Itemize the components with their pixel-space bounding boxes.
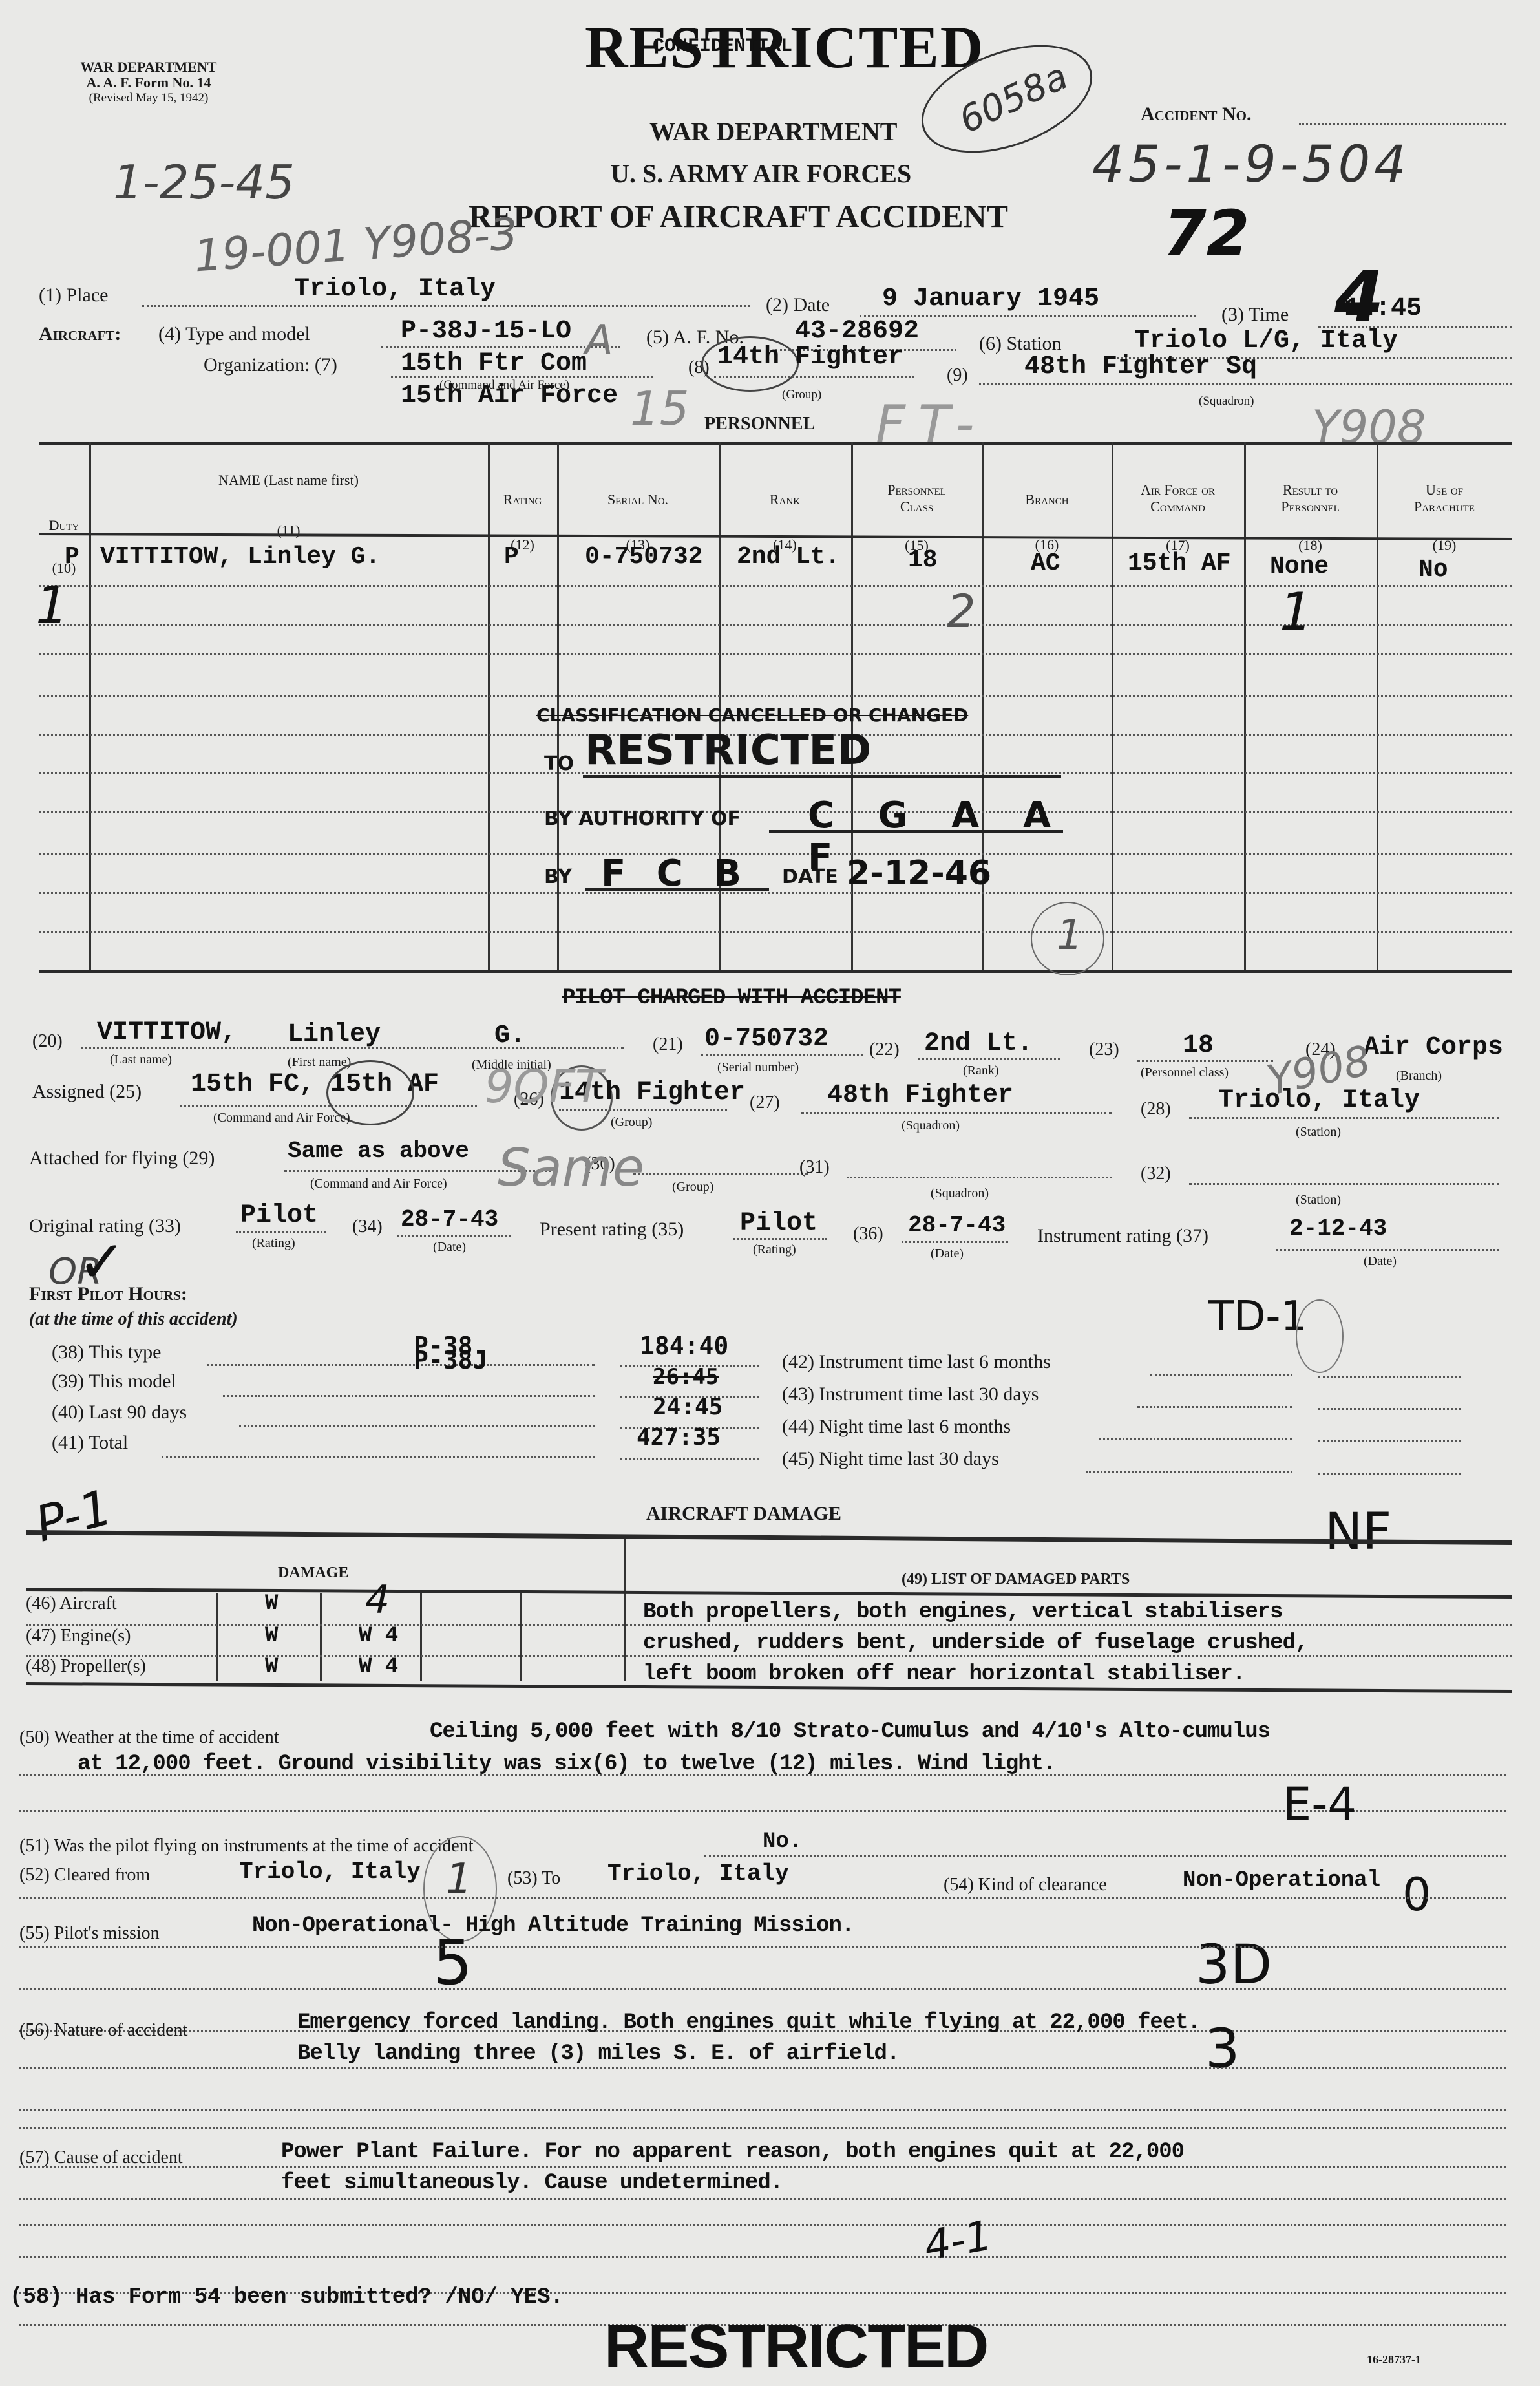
orig-date-label: (34) [352,1217,383,1237]
squadron-label: (9) [947,365,968,386]
assigned-caption: (Command and Air Force) [213,1111,350,1125]
orig-rating-caption: (Rating) [252,1236,295,1251]
weather-line-1: Ceiling 5,000 feet with 8/10 Strato-Cumu… [430,1720,1270,1744]
cell-rating: P [504,543,519,571]
group-value: 14th Fighter [717,343,903,372]
instruments-label: (51) Was the pilot flying on instruments… [19,1836,474,1857]
org-command-value: 15th Ftr Com [401,349,587,378]
handwritten-cleared-mark: 1 [446,1855,472,1903]
classification-stamp: CLASSIFICATION CANCELLED OR CHANGED TO R… [536,705,1118,891]
cell-name: VITTITOW, Linley G. [100,543,380,571]
circled-2 [1296,1299,1344,1373]
orig-date-caption: (Date) [433,1240,466,1255]
pilot-squadron-caption: (Squadron) [902,1118,960,1133]
instrument-date-caption: (Date) [1364,1254,1397,1269]
assigned-label: Assigned (25) [32,1081,142,1103]
organization-label: Organization: (7) [204,354,337,376]
hours-subtitle: (at the time of this accident) [29,1309,238,1330]
time-label: (3) Time [1221,304,1289,326]
present-date: 28-7-43 [908,1212,1006,1239]
pilot-group-caption: (Group) [611,1115,652,1130]
handwritten-41: 4-1 [920,2211,995,2270]
pilot-class-label: (23) [1089,1039,1119,1060]
handwritten-3: 3 [1205,2017,1239,2080]
attached-label: Attached for flying (29) [29,1147,215,1169]
squadron-line [979,383,1512,385]
pilot-rank-label: (22) [869,1039,900,1060]
cell-parachute: No [1419,556,1448,584]
org-airforce-value: 15th Air Force [401,381,618,410]
pilot-middle-initial: G. [494,1021,525,1050]
handwritten-90ft: 9OFT [485,1060,603,1113]
page-title: REPORT OF AIRCRAFT ACCIDENT [469,197,1008,235]
group-line [714,376,914,378]
accident-no-label: Accident No. [1141,103,1252,125]
pilot-class: 18 [1183,1031,1214,1060]
af-no-value: 43-28692 [795,317,919,346]
mission-label: (55) Pilot's mission [19,1923,160,1944]
handwritten-Y908: Y908 [1312,401,1426,454]
handwritten-date: 1-25-45 [113,155,295,209]
station-value: Triolo L/G, Italy [1134,326,1398,356]
nature-line-1: Emergency forced landing. Both engines q… [297,2010,1200,2035]
restricted-stamp-bottom: RESTRICTED [604,2311,987,2382]
damage-mark-propeller-1: W [265,1655,278,1679]
hours-this-type: (38) This type P-38 184:40 [52,1341,750,1374]
cause-line-2: feet simultaneously. Cause undetermined. [281,2171,783,2195]
cell-branch: AC [1031,549,1060,577]
present-date-caption: (Date) [931,1246,964,1261]
damaged-parts-list: Both propellers, both engines, vertical … [643,1597,1307,1690]
present-rating-label: Present rating (35) [540,1219,684,1241]
handwritten-4: 4 [1334,255,1384,338]
cleared-from-label: (52) Cleared from [19,1865,150,1886]
instrument-label: Instrument rating (37) [1037,1225,1208,1247]
handwritten-p1: P-1 [29,1478,117,1553]
damage-header: DAMAGE [278,1564,348,1582]
instrument-6-months: (42) Instrument time last 6 months [782,1351,1051,1373]
handwritten-same: Same [498,1138,644,1198]
table-row: P VITTITOW, Linley G. P 0-750732 2nd Lt.… [39,543,1512,575]
handwritten-FT: FT- [876,394,987,454]
pilot-first-name: Linley [288,1020,381,1049]
handwritten-mark-3: 1 [1280,582,1313,642]
clearance-value: Non-Operational [1183,1868,1380,1893]
pilot-section-title: PILOT CHARGED WITH ACCIDENT [562,986,901,1010]
attached-value: Same as above [288,1138,469,1164]
squadron-value: 48th Fighter Sq [1024,352,1257,381]
personnel-section-title: PERSONNEL [704,414,815,434]
damage-top-rule [26,1530,1512,1545]
cell-serial: 0-750732 [585,543,702,571]
pilot-class-caption: (Personnel class) [1141,1065,1229,1080]
damage-mark-engine-1: W [265,1624,278,1648]
handwritten-accident-no: 45-1-9-504 [1092,136,1410,194]
cell-duty: P [65,543,79,571]
cause-line-1: Power Plant Failure. For no apparent rea… [281,2140,1184,2164]
print-code: 16-28737-1 [1367,2353,1421,2367]
present-rating: Pilot [740,1209,817,1238]
damage-mark-aircraft-2: 4 [365,1577,390,1623]
pilot-serial-caption: (Serial number) [717,1060,799,1075]
handwritten-mark-2: 2 [947,585,976,638]
pilot-last-name: VITTITOW, [97,1018,237,1047]
weather-line-2: at 12,000 feet. Ground visibility was si… [78,1752,1055,1776]
cleared-from-value: Triolo, Italy [239,1859,421,1885]
squadron-caption: (Squadron) [1199,394,1254,409]
present-rating-caption: (Rating) [753,1242,796,1257]
accident-no-line [1299,123,1506,125]
mission-value: Non-Operational- High Altitude Training … [252,1913,854,1938]
nature-label: (56) Nature of accident [19,2020,187,2041]
orig-rating: Pilot [240,1201,318,1230]
date-label: (2) Date [766,294,830,316]
handwritten-nf: NF [1325,1503,1391,1561]
date-value: 9 January 1945 [882,284,1099,314]
night-6-months: (44) Night time last 6 months [782,1416,1011,1438]
type-label: (4) Type and model [158,323,310,345]
pilot-serial: 0-750732 [704,1025,828,1054]
personnel-bottom-rule [39,970,1512,973]
att-station-label: (32) [1141,1164,1171,1184]
station-label: (6) Station [979,333,1062,355]
att-squadron-caption: (Squadron) [931,1186,989,1201]
form54-question: (58) Has Form 54 been submitted? /NO/ YE… [10,2285,564,2310]
attached-caption: (Command and Air Force) [310,1177,447,1191]
place-label: (1) Place [39,284,108,306]
handwritten-15: 15 [630,381,690,436]
instrument-date: 2-12-43 [1289,1215,1387,1242]
att-squadron-label: (31) [799,1157,830,1178]
place-value: Triolo, Italy [294,275,496,304]
pilot-station-caption: (Station) [1296,1125,1341,1140]
att-group-caption: (Group) [672,1180,713,1195]
cell-air-force: 15th AF [1128,549,1231,577]
place-line [142,305,750,307]
pilot-rank-caption: (Rank) [963,1063,999,1078]
night-30-days: (45) Night time last 30 days [782,1448,999,1470]
cell-result: None [1270,553,1329,581]
present-date-label: (36) [853,1224,883,1244]
type-model-value: P-38J-15-LO [401,317,571,346]
handwritten-classification-mark: 1 [1057,911,1083,959]
cell-rank: 2nd Lt. [737,543,840,571]
pilot-branch: Air Corps [1364,1033,1503,1062]
damage-row-engine: (47) Engine(s) [26,1626,131,1646]
cleared-to-label: (53) To [507,1868,560,1889]
handwritten-clearance-mark: 0 [1402,1868,1431,1921]
personnel-top-rule [39,442,1512,445]
parts-header: (49) LIST OF DAMAGED PARTS [902,1571,1130,1588]
pilot-serial-label: (21) [653,1034,683,1055]
title-usaaf: U. S. ARMY AIR FORCES [611,158,911,189]
handwritten-e4: E-4 [1283,1778,1356,1831]
pilot-last-caption: (Last name) [110,1052,172,1067]
col-header-name: NAME (Last name first) (11) [89,472,488,539]
clearance-label: (54) Kind of clearance [944,1875,1107,1895]
pilot-station-label: (28) [1141,1099,1171,1120]
att-station-caption: (Station) [1296,1193,1341,1208]
pilot-branch-caption: (Branch) [1396,1069,1442,1083]
damage-mark-aircraft-1: W [265,1592,278,1616]
pilot-squadron-label: (27) [750,1092,780,1113]
form-id: WAR DEPARTMENT A. A. F. Form No. 14 (Rev… [42,59,255,106]
cell-class: 18 [908,546,938,574]
damage-mark-propeller-2: W 4 [359,1655,398,1679]
handwritten-3d: 3D [1196,1933,1272,1996]
confidential-overlay: CONFIDENTIAL [653,36,792,58]
handwritten-td1: TD-1 [1208,1293,1307,1341]
handwritten-code: 19-001 Y908-3 [193,209,520,282]
damage-row-aircraft: (46) Aircraft [26,1593,117,1614]
group-caption: (Group) [782,388,821,402]
damage-row-propeller: (48) Propeller(s) [26,1656,146,1677]
damage-mark-engine-2: W 4 [359,1624,398,1648]
nature-line-2: Belly landing three (3) miles S. E. of a… [297,2041,899,2066]
pilot-last-label: (20) [32,1031,63,1052]
instruments-value: No. [763,1829,802,1854]
title-war-department: WAR DEPARTMENT [649,116,897,147]
handwritten-A: A [585,317,613,365]
aircraft-label: Aircraft: [39,323,121,345]
orig-date: 28-7-43 [401,1206,498,1233]
handwritten-72: 72 [1163,197,1250,270]
cleared-to-value: Triolo, Italy [607,1860,789,1887]
instrument-30-days: (43) Instrument time last 30 days [782,1383,1039,1405]
weather-label: (50) Weather at the time of accident [19,1727,279,1748]
pilot-squadron: 48th Fighter [827,1081,1013,1110]
handwritten-mark-1: 1 [36,575,69,635]
hours-title: First Pilot Hours: [29,1283,187,1305]
damage-section-title: AIRCRAFT DAMAGE [646,1503,841,1525]
damage-divider [624,1539,626,1681]
pilot-rank: 2nd Lt. [924,1029,1033,1058]
